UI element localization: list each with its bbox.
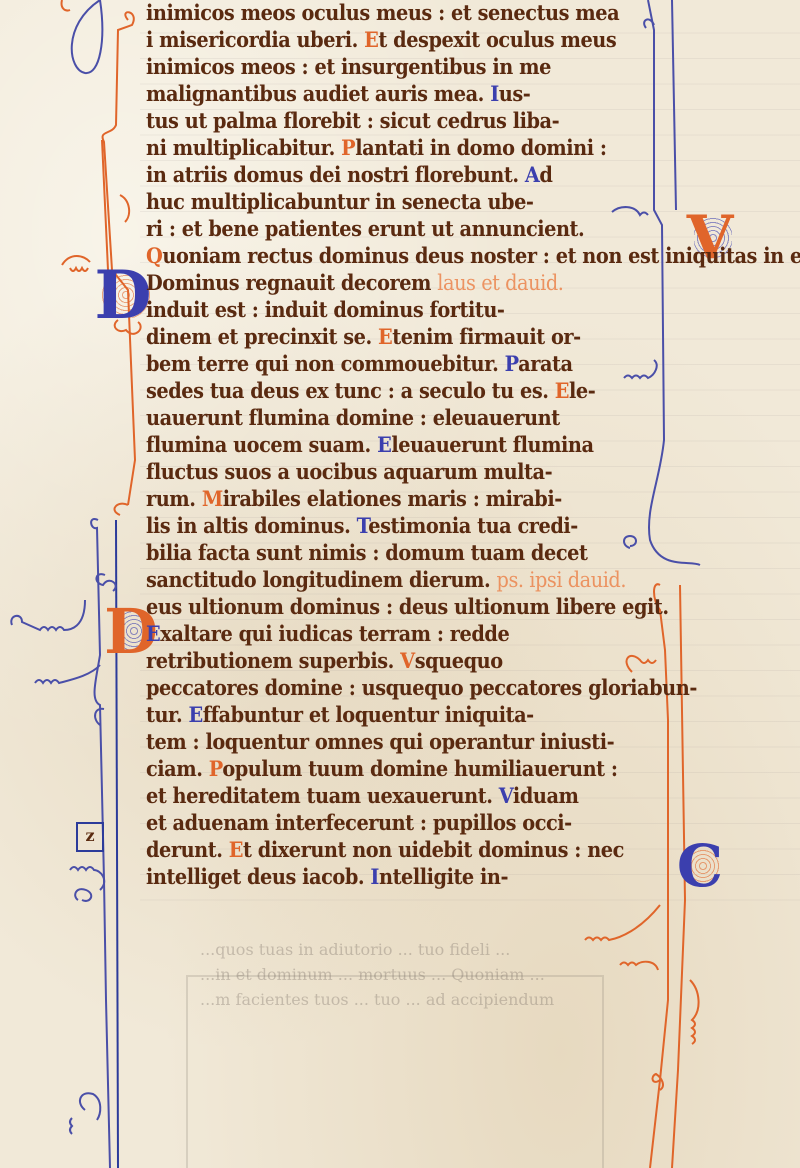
text-line: Dominus regnauit decorem laus et dauid.	[146, 270, 563, 296]
line-text: tem : loquentur omnes qui operantur iniu…	[146, 729, 614, 754]
text-line: retributionem superbis. Vsquequo	[146, 648, 503, 673]
line-text: t despexit oculus meus	[378, 27, 616, 52]
text-line: ciam. Populum tuum domine humiliauerunt …	[146, 756, 618, 781]
text-line: huc multiplicabuntur in senecta ube-	[146, 189, 533, 214]
line-text: peccatores domine : usquequo peccatores …	[146, 675, 697, 700]
text-line: sanctitudo longitudinem dierum. ps. ipsi…	[146, 567, 626, 593]
text-line: Exaltare qui iudicas terram : redde	[146, 621, 509, 646]
text-line: i misericordia uberi. Et despexit oculus…	[146, 27, 616, 52]
initial-letter: V	[400, 648, 415, 673]
text-line: malignantibus audiet auris mea. Ius-	[146, 81, 530, 106]
initial-letter: E	[364, 27, 378, 52]
text-line: flumina uocem suam. Eleuauerunt flumina	[146, 432, 594, 457]
line-text: ciam.	[146, 756, 209, 781]
text-line: bilia facta sunt nimis : domum tuam dece…	[146, 540, 587, 565]
line-text: ffabuntur et loquentur iniquita-	[203, 702, 534, 727]
line-text: flumina uocem suam.	[146, 432, 377, 457]
line-text: sanctitudo longitudinem dierum.	[146, 567, 497, 592]
initial-letter: Q	[146, 243, 162, 268]
line-text: et hereditatem tuam uexauerunt.	[146, 783, 499, 808]
line-text: Dominus regnauit decorem	[146, 270, 437, 295]
initial-letter: I	[370, 864, 379, 889]
text-line: rum. Mirabiles elationes maris : mirabi-	[146, 486, 562, 511]
line-text: et aduenam interfecerunt : pupillos occi…	[146, 810, 572, 835]
line-text: ni multiplicabitur.	[146, 135, 341, 160]
line-text: bilia facta sunt nimis : domum tuam dece…	[146, 540, 587, 565]
initial-letter: P	[505, 351, 519, 376]
initial-letter: P	[341, 135, 355, 160]
line-text: irabiles elationes maris : mirabi-	[223, 486, 562, 511]
text-line: intelliget deus iacob. Intelligite in-	[146, 864, 508, 889]
line-text: le-	[569, 378, 595, 403]
show-through-line: ...m facientes tuos ... tuo ... ad accip…	[200, 990, 620, 1009]
line-text: fluctus suos a uocibus aquarum multa-	[146, 459, 552, 484]
text-line: Dinduit est : induit dominus fortitu-	[146, 297, 504, 322]
line-text: bem terre qui non commouebitur.	[146, 351, 505, 376]
line-text: induit est : induit dominus fortitu-	[146, 297, 504, 322]
line-text: intelliget deus iacob.	[146, 864, 370, 889]
line-text: xaltare qui iudicas terram : redde	[160, 621, 509, 646]
text-line: inimicos meos oculus meus : et senectus …	[146, 0, 619, 25]
initial-letter: P	[209, 756, 223, 781]
line-text: estimonia tua credi-	[368, 513, 578, 538]
text-line: bem terre qui non commouebitur. Parata	[146, 351, 573, 376]
text-line: lis in altis dominus. Testimonia tua cre…	[146, 513, 578, 538]
initial-letter: E	[555, 378, 569, 403]
text-line: ri : et bene patientes erunt ut annuncie…	[146, 216, 584, 241]
text-line: tem : loquentur omnes qui operantur iniu…	[146, 729, 614, 754]
show-through-line: ...quos tuas in adiutorio ... tuo fideli…	[200, 940, 620, 959]
text-line: inimicos meos : et insurgentibus in me	[146, 54, 551, 79]
line-text: i misericordia uberi.	[146, 27, 364, 52]
rubric: laus et dauid.	[437, 271, 563, 295]
initial-letter: T	[357, 513, 369, 538]
line-text: uauerunt flumina domine : eleuauerunt	[146, 405, 560, 430]
marginal-mark-box: z	[76, 822, 104, 852]
line-text: ri : et bene patientes erunt ut annuncie…	[146, 216, 584, 241]
line-text: leuauerunt flumina	[391, 432, 593, 457]
line-text: opulum tuum domine humiliauerunt :	[222, 756, 617, 781]
line-text: sedes tua deus ex tunc : a seculo tu es.	[146, 378, 555, 403]
line-text: retributionem superbis.	[146, 648, 400, 673]
line-text: tus ut palma florebit : sicut cedrus lib…	[146, 108, 559, 133]
initial-letter: E	[377, 432, 391, 457]
line-text: inimicos meos : et insurgentibus in me	[146, 54, 551, 79]
line-text: d	[539, 162, 552, 187]
line-text: inimicos meos oculus meus : et senectus …	[146, 0, 619, 25]
text-line: et aduenam interfecerunt : pupillos occi…	[146, 810, 572, 835]
text-line: ni multiplicabitur. Plantati in domo dom…	[146, 135, 607, 160]
text-line: dinem et precinxit se. Etenim firmauit o…	[146, 324, 581, 349]
line-text: rum.	[146, 486, 202, 511]
rubric: ps. ipsi dauid.	[497, 568, 626, 592]
line-text: lantati in domo domini :	[355, 135, 606, 160]
line-text: eus ultionum dominus : deus ultionum lib…	[146, 594, 669, 619]
initial-letter: E	[189, 702, 203, 727]
text-line: in atriis domus dei nostri florebunt. Ad	[146, 162, 552, 187]
text-line: uauerunt flumina domine : eleuauerunt	[146, 405, 560, 430]
line-text: tenim firmauit or-	[392, 324, 580, 349]
initial-letter: M	[202, 486, 223, 511]
line-text: dinem et precinxit se.	[146, 324, 378, 349]
text-line: Quoniam rectus dominus deus noster : et …	[146, 243, 800, 268]
initial-letter: E	[146, 621, 160, 646]
initial-letter: E	[378, 324, 392, 349]
line-text: squequo	[415, 648, 503, 673]
text-line: tur. Effabuntur et loquentur iniquita-	[146, 702, 534, 727]
initial-C-psalm-95: C	[672, 838, 728, 894]
text-line: derunt. Et dixerunt non uidebit dominus …	[146, 837, 624, 862]
show-through-line: ...in et dominum ... mortuus ... Quoniam…	[200, 965, 620, 984]
line-text: us-	[499, 81, 531, 106]
line-text: tur.	[146, 702, 189, 727]
text-line: tus ut palma florebit : sicut cedrus lib…	[146, 108, 559, 133]
line-text: huc multiplicabuntur in senecta ube-	[146, 189, 533, 214]
line-text: malignantibus audiet auris mea.	[146, 81, 490, 106]
line-text: ntelligite in-	[379, 864, 508, 889]
line-text: in atriis domus dei nostri florebunt.	[146, 162, 525, 187]
line-text: t dixerunt non uidebit dominus : nec	[243, 837, 624, 862]
initial-letter: A	[525, 162, 540, 187]
text-line: et hereditatem tuam uexauerunt. Viduam	[146, 783, 579, 808]
initial-letter: E	[229, 837, 243, 862]
text-line: fluctus suos a uocibus aquarum multa-	[146, 459, 552, 484]
text-line: peccatores domine : usquequo peccatores …	[146, 675, 697, 700]
line-text: iduam	[513, 783, 579, 808]
manuscript-leaf: D D V C inimicos meos oculus meus : et s…	[0, 0, 800, 1168]
initial-letter: V	[499, 783, 513, 808]
line-text: uoniam rectus dominus deus noster : et n…	[162, 243, 800, 268]
line-text: arata	[518, 351, 572, 376]
line-text: lis in altis dominus.	[146, 513, 357, 538]
text-line: Deus ultionum dominus : deus ultionum li…	[146, 594, 669, 619]
text-line: sedes tua deus ex tunc : a seculo tu es.…	[146, 378, 595, 403]
line-text: derunt.	[146, 837, 229, 862]
